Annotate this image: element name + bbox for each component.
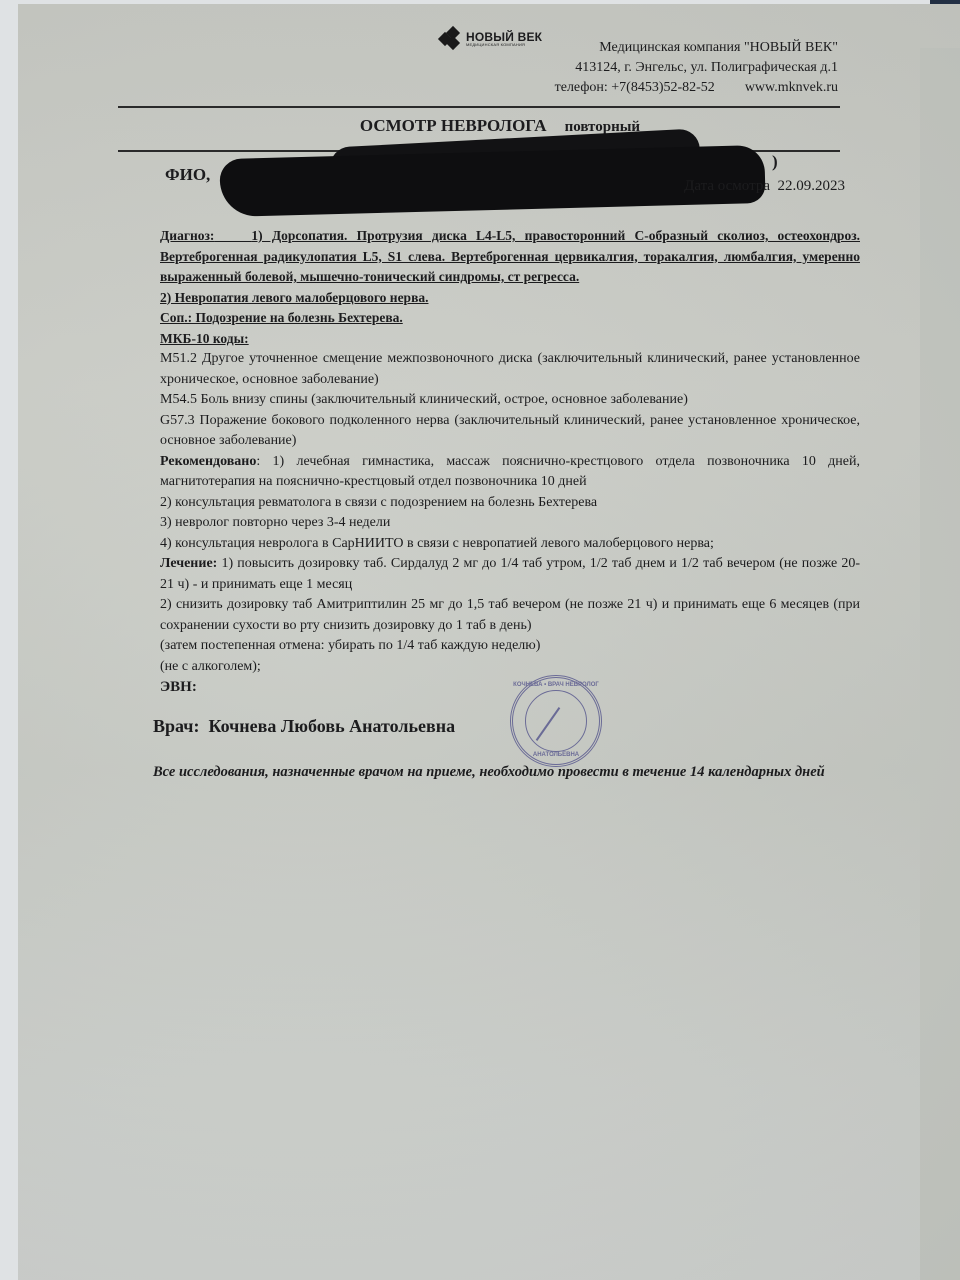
exam-date: Дата осмотра 22.09.2023 xyxy=(684,178,845,195)
company-name: Медицинская компания "НОВЫЙ ВЕК" xyxy=(555,38,838,58)
icd-code: M51.2 Другое уточненное смещение межпозв… xyxy=(160,349,860,390)
logo-icon xyxy=(440,28,462,50)
diagnosis-main: Диагноз: 1) Дорсопатия. Протрузия диска … xyxy=(160,226,860,288)
diagnosis-concomitant: Соп.: Подозрение на болезнь Бехтерева. xyxy=(160,308,860,329)
company-phone: телефон: +7(8453)52-82-52 xyxy=(555,78,715,98)
logo-subtitle: МЕДИЦИНСКАЯ КОМПАНИЯ xyxy=(466,43,542,47)
treatment-item: 2) снизить дозировку таб Амитриптилин 25… xyxy=(160,595,860,636)
treatment-item: Лечение: 1) повысить дозировку таб. Сирд… xyxy=(160,554,860,595)
doctor-name: Кочнева Любовь Анатольевна xyxy=(208,716,455,736)
exam-date-label: Дата осмотра xyxy=(684,178,770,194)
evn-label: ЭВН: xyxy=(160,677,860,698)
fio-label: ФИО, xyxy=(165,165,210,185)
diagnosis-label: Диагноз: xyxy=(160,228,214,243)
recommendation-item: 2) консультация ревматолога в связи с по… xyxy=(160,493,860,514)
doctor-label: Врач: xyxy=(153,716,199,736)
exam-date-value: 22.09.2023 xyxy=(778,178,846,194)
diagnosis-item-2: 2) Невропатия левого малоберцового нерва… xyxy=(160,288,860,309)
page-title: ОСМОТР НЕВРОЛОГАповторный xyxy=(0,116,960,136)
fio-tail: ) xyxy=(772,152,778,172)
recommendation-item: 4) консультация невролога в СарНИИТО в с… xyxy=(160,534,860,555)
doctor-stamp: КОЧНЕВА • ВРАЧ НЕВРОЛОГ АНАТОЛЬЕВНА xyxy=(510,675,602,767)
company-logo: НОВЫЙ ВЕК МЕДИЦИНСКАЯ КОМПАНИЯ xyxy=(440,24,560,54)
header-divider xyxy=(118,106,840,108)
diagnosis-item-1: 1) Дорсопатия. Протрузия диска L4-L5, пр… xyxy=(160,228,860,284)
icd-label: МКБ-10 коды: xyxy=(160,329,860,350)
recommendation-item: 3) невролог повторно через 3-4 недели xyxy=(160,513,860,534)
title-main: ОСМОТР НЕВРОЛОГА xyxy=(360,116,547,135)
icd-code: G57.3 Поражение бокового подколенного не… xyxy=(160,411,860,452)
company-info: Медицинская компания "НОВЫЙ ВЕК" 413124,… xyxy=(555,38,838,98)
treatment-item: (не с алкоголем); xyxy=(160,657,860,678)
footer-note: Все исследования, назначенные врачом на … xyxy=(153,762,843,783)
doctor-signature-line: Врач: Кочнева Любовь Анатольевна xyxy=(153,716,455,737)
stamp-top-text: КОЧНЕВА • ВРАЧ НЕВРОЛОГ xyxy=(513,682,599,688)
icd-code: M54.5 Боль внизу спины (заключительный к… xyxy=(160,390,860,411)
page-edge xyxy=(920,48,960,1280)
company-website: www.mknvek.ru xyxy=(745,78,838,98)
treatment-label: Лечение: xyxy=(160,556,217,571)
recommendation-item: Рекомендовано: 1) лечебная гимнастика, м… xyxy=(160,452,860,493)
exam-body: Диагноз: 1) Дорсопатия. Протрузия диска … xyxy=(160,226,860,698)
treatment-item: (затем постепенная отмена: убирать по 1/… xyxy=(160,636,860,657)
recommendations-label: Рекомендовано xyxy=(160,454,256,469)
stamp-bottom-text: АНАТОЛЬЕВНА xyxy=(513,752,599,758)
company-address: 413124, г. Энгельс, ул. Полиграфическая … xyxy=(555,58,838,78)
